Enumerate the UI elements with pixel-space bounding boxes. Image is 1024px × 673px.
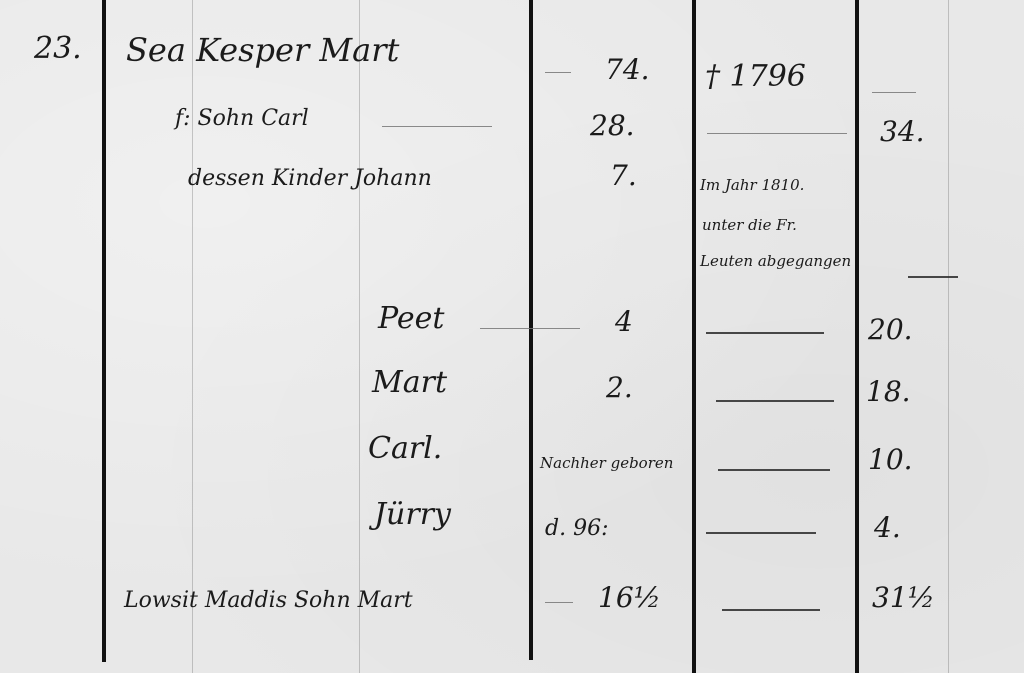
row-name: Mart [372,368,447,398]
filler-dash [706,332,824,334]
filler-dash [545,72,571,73]
row-name: Sea Kesper Mart [126,34,399,66]
column-rule-name [102,0,106,662]
faint-column-rule [948,0,949,673]
row-age: 4 [615,308,633,336]
filler-dash [707,133,847,134]
row-name: Lowsit Maddis Sohn Mart [124,590,413,612]
row-age: 16½ [598,584,661,612]
remark-line-3: Leuten abgegangen [700,254,851,269]
filler-dash [706,532,816,534]
row-total: 10. [868,446,913,474]
row-total: 20. [868,316,913,344]
row-total: 34. [880,118,925,146]
row-age: 74. [605,56,650,84]
remark-line-2: unter die Fr. [702,218,797,233]
row-age: 28. [590,112,635,140]
row-total: 18. [866,378,911,406]
filler-dash [908,276,958,278]
row-age: 2. [606,374,633,402]
column-rule-total [855,0,859,673]
row-name: f: Sohn Carl [175,108,309,130]
filler-dash [480,328,580,329]
row-name: Peet [378,304,444,334]
row-age-note: Nachher geboren [540,456,673,471]
remark-line-1: Im Jahr 1810. [700,178,804,193]
row-name: Jürry [374,500,451,530]
faint-column-rule [192,0,193,673]
row-total: 31½ [872,584,935,612]
filler-dash [872,92,916,93]
row-age: 7. [610,162,637,190]
entry-number: 23. [34,34,82,64]
filler-dash [722,609,820,611]
register-page: 23. Sea Kesper Mart 74. † 1796 f: Sohn C… [0,0,1024,673]
row-age-note: d. 96: [545,518,608,540]
row-name: Carl. [368,434,442,464]
filler-dash [716,400,834,402]
row-name: dessen Kinder Johann [188,168,432,190]
filler-dash [382,126,492,127]
column-rule-remark [692,0,696,673]
filler-dash [718,469,830,471]
column-rule-age [529,0,533,660]
row-remark: † 1796 [705,62,806,92]
row-total: 4. [874,514,901,542]
faint-column-rule [359,0,360,673]
filler-dash [545,602,573,603]
